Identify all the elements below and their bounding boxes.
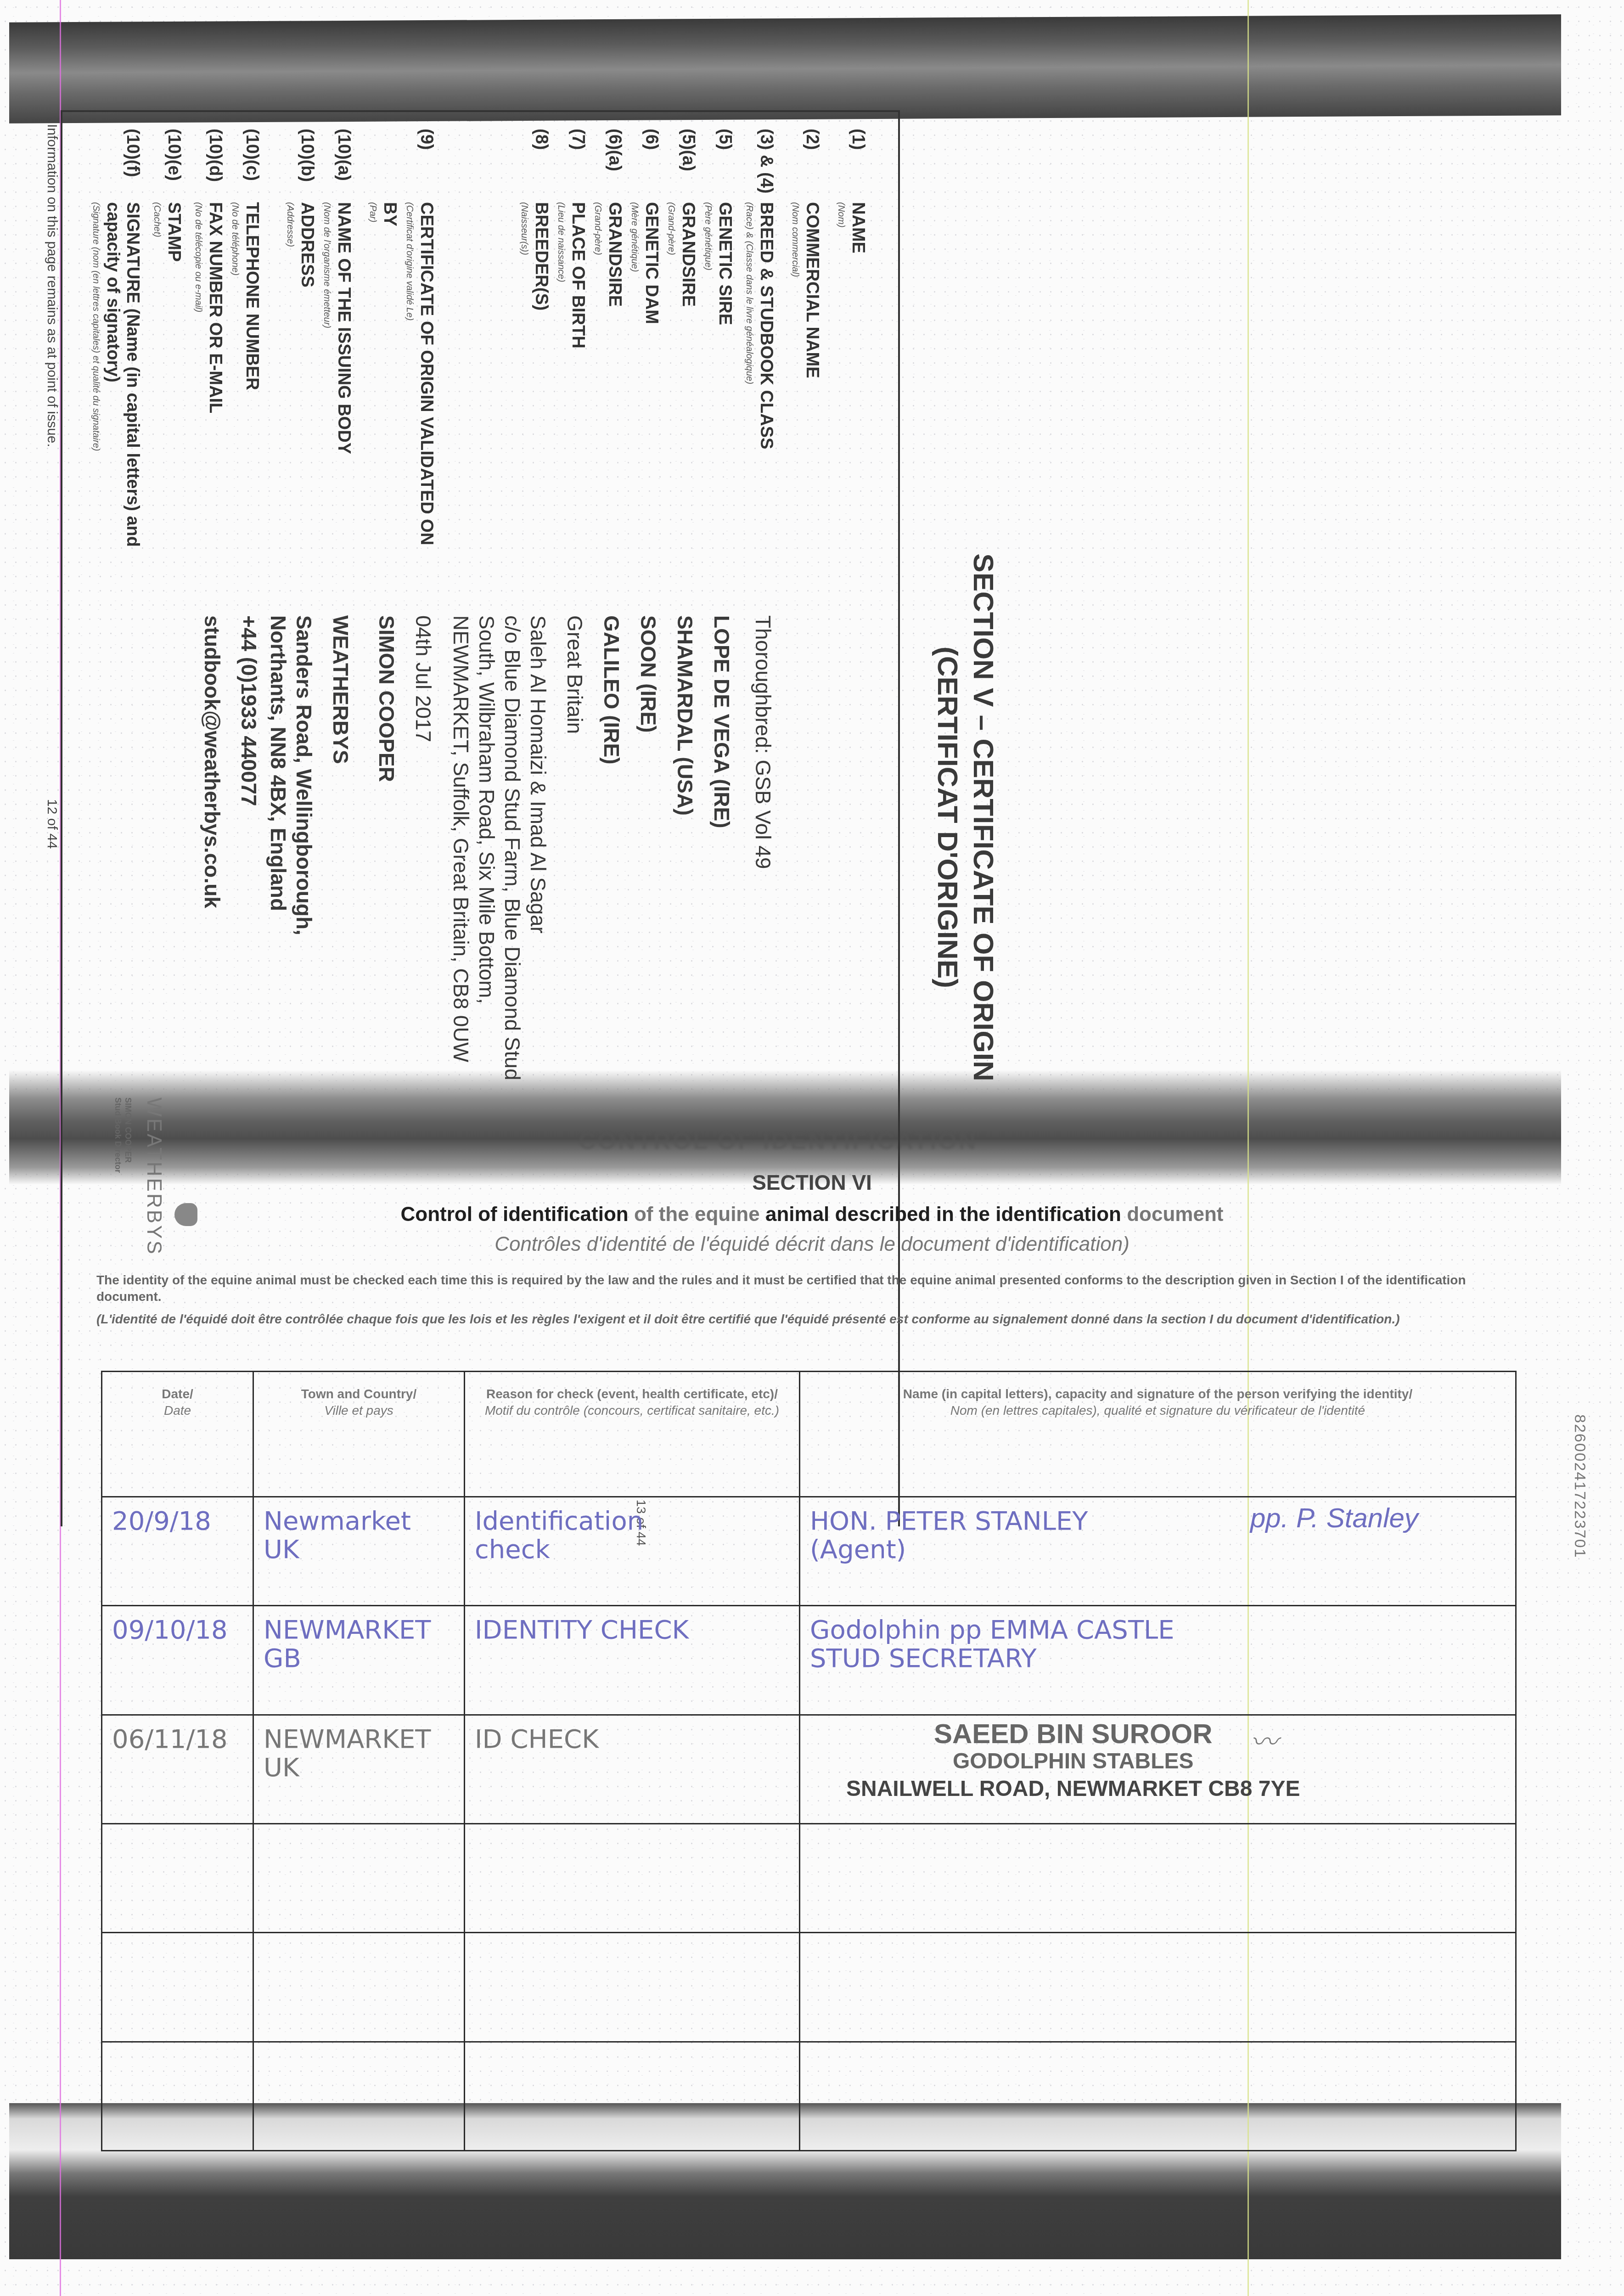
table-row [102,1933,1516,2042]
table-row: 06/11/18 NEWMARKET UK ID CHECK SAEED BIN… [102,1715,1516,1823]
table-row [102,1823,1516,1932]
check-reason: Identification check [466,1498,798,1573]
col-header-reason: Reason for check (event, health certific… [465,1372,800,1497]
check-reason: IDENTITY CHECK [466,1607,798,1654]
table-row [102,2042,1516,2150]
col-header-date: Date/Date [102,1372,253,1497]
godolphin-stamp: SAEED BIN SUROOR GODOLPHIN STABLES SNAIL… [846,1720,1300,1803]
col-header-verifier: Name (in capital letters), capacity and … [800,1372,1516,1497]
footer-note: Information on this page remains as at p… [44,124,60,447]
verifier-signature: pp. P. Stanley [1250,1502,1418,1534]
section-vi-subtitle-fr: Contrôles d'identité de l'équidé décrit … [0,1233,1624,1256]
table-row: 09/10/18 NEWMARKET GB IDENTITY CHECK God… [102,1606,1516,1715]
check-town: Newmarket UK [254,1498,463,1573]
instructions-fr: (L'identité de l'équidé doit être contrô… [96,1311,1501,1328]
check-date: 09/10/18 [103,1607,252,1654]
scan-shadow-top [9,14,1561,124]
margin-code: 826002417223701 [1571,1414,1589,1559]
table-header-row: Date/Date Town and Country/Ville et pays… [102,1372,1516,1497]
col-header-town: Town and Country/Ville et pays [253,1372,465,1497]
verifier-signature-icon: 〰 [1250,1720,1278,1760]
check-reason: ID CHECK [466,1716,798,1763]
section-vi-subtitle: Control of identification of the equine … [0,1203,1624,1226]
table-row: 20/9/18 Newmarket UK Identification chec… [102,1497,1516,1606]
page-number: 12 of 44 [44,799,60,849]
check-date: 20/9/18 [103,1498,252,1545]
check-date: 06/11/18 [103,1716,252,1763]
stamp-signatory: SIMON COOPER Stud Book Director [113,1097,133,1173]
section-vi-title: SECTION VI [0,1170,1624,1195]
check-town: NEWMARKET UK [254,1716,463,1791]
check-town: NEWMARKET GB [254,1607,463,1682]
identity-checks-table: Date/Date Town and Country/Ville et pays… [101,1371,1517,2151]
verifier-name: Godolphin pp EMMA CASTLE STUD SECRETARY [801,1607,1515,1682]
instructions-en: The identity of the equine animal must b… [96,1272,1501,1305]
